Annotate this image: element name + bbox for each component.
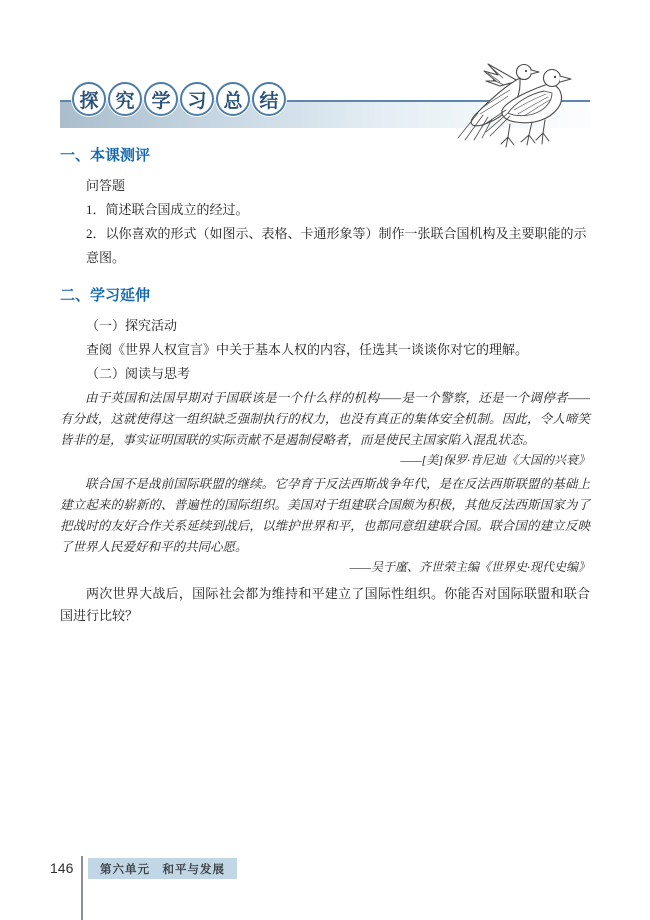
- title-char-circle: 总: [216, 82, 250, 116]
- title-char: 究: [115, 86, 134, 113]
- title-char-circle: 习: [180, 82, 214, 116]
- title-char: 学: [151, 86, 170, 113]
- title-char: 习: [187, 86, 206, 113]
- quote-paragraph-un: 联合国不是战前国际联盟的继续。它孕育于反法西斯战争年代，是在反法西斯联盟的基础上…: [60, 474, 590, 558]
- footer-divider: [81, 856, 83, 920]
- activity-label: （一）探究活动: [60, 314, 590, 338]
- question-type-label: 问答题: [60, 174, 590, 198]
- quote-attribution-worldhistory: ——吴于廑、齐世荣主编《世界史·现代史编》: [60, 558, 590, 577]
- title-char: 探: [79, 86, 98, 113]
- section-extension: 二、学习延伸 （一）探究活动 查阅《世界人权宣言》中关于基本人权的内容，任选其一…: [60, 286, 590, 627]
- quote-paragraph-league: 由于英国和法国早期对于国联该是一个什么样的机构——是一个警察，还是一个调停者——…: [60, 388, 590, 451]
- section-heading-extension: 二、学习延伸: [60, 286, 590, 306]
- doves-illustration: [448, 58, 590, 154]
- activity-text: 查阅《世界人权宣言》中关于基本人权的内容，任选其一谈谈你对它的理解。: [60, 338, 590, 362]
- reading-label: （二）阅读与思考: [60, 362, 590, 386]
- title-char-circle: 探: [72, 82, 106, 116]
- page-content: 一、本课测评 问答题 1．简述联合国成立的经过。 2．以你喜欢的形式（如图示、表…: [60, 146, 590, 627]
- question-item-2: 2．以你喜欢的形式（如图示、表格、卡通形象等）制作一张联合国机构及主要职能的示意…: [60, 222, 590, 270]
- title-char: 结: [259, 86, 278, 113]
- title-char-circle: 结: [252, 82, 286, 116]
- unit-label: 第六单元 和平与发展: [88, 858, 237, 879]
- quote-attribution-kennedy: ——[美]保罗·肯尼迪《大国的兴衰》: [60, 451, 590, 470]
- section-title-badge: 探 究 学 习 总 结: [72, 82, 286, 116]
- title-char-circle: 究: [108, 82, 142, 116]
- textbook-page: 探 究 学 习 总 结: [0, 0, 650, 920]
- section-assessment: 一、本课测评 问答题 1．简述联合国成立的经过。 2．以你喜欢的形式（如图示、表…: [60, 146, 590, 270]
- comparison-question: 两次世界大战后，国际社会都为维持和平建立了国际性组织。你能否对国际联盟和联合国进…: [60, 583, 590, 627]
- title-char-circle: 学: [144, 82, 178, 116]
- title-char: 总: [223, 86, 242, 113]
- page-number: 146: [50, 860, 73, 876]
- question-item-1: 1．简述联合国成立的经过。: [60, 198, 590, 222]
